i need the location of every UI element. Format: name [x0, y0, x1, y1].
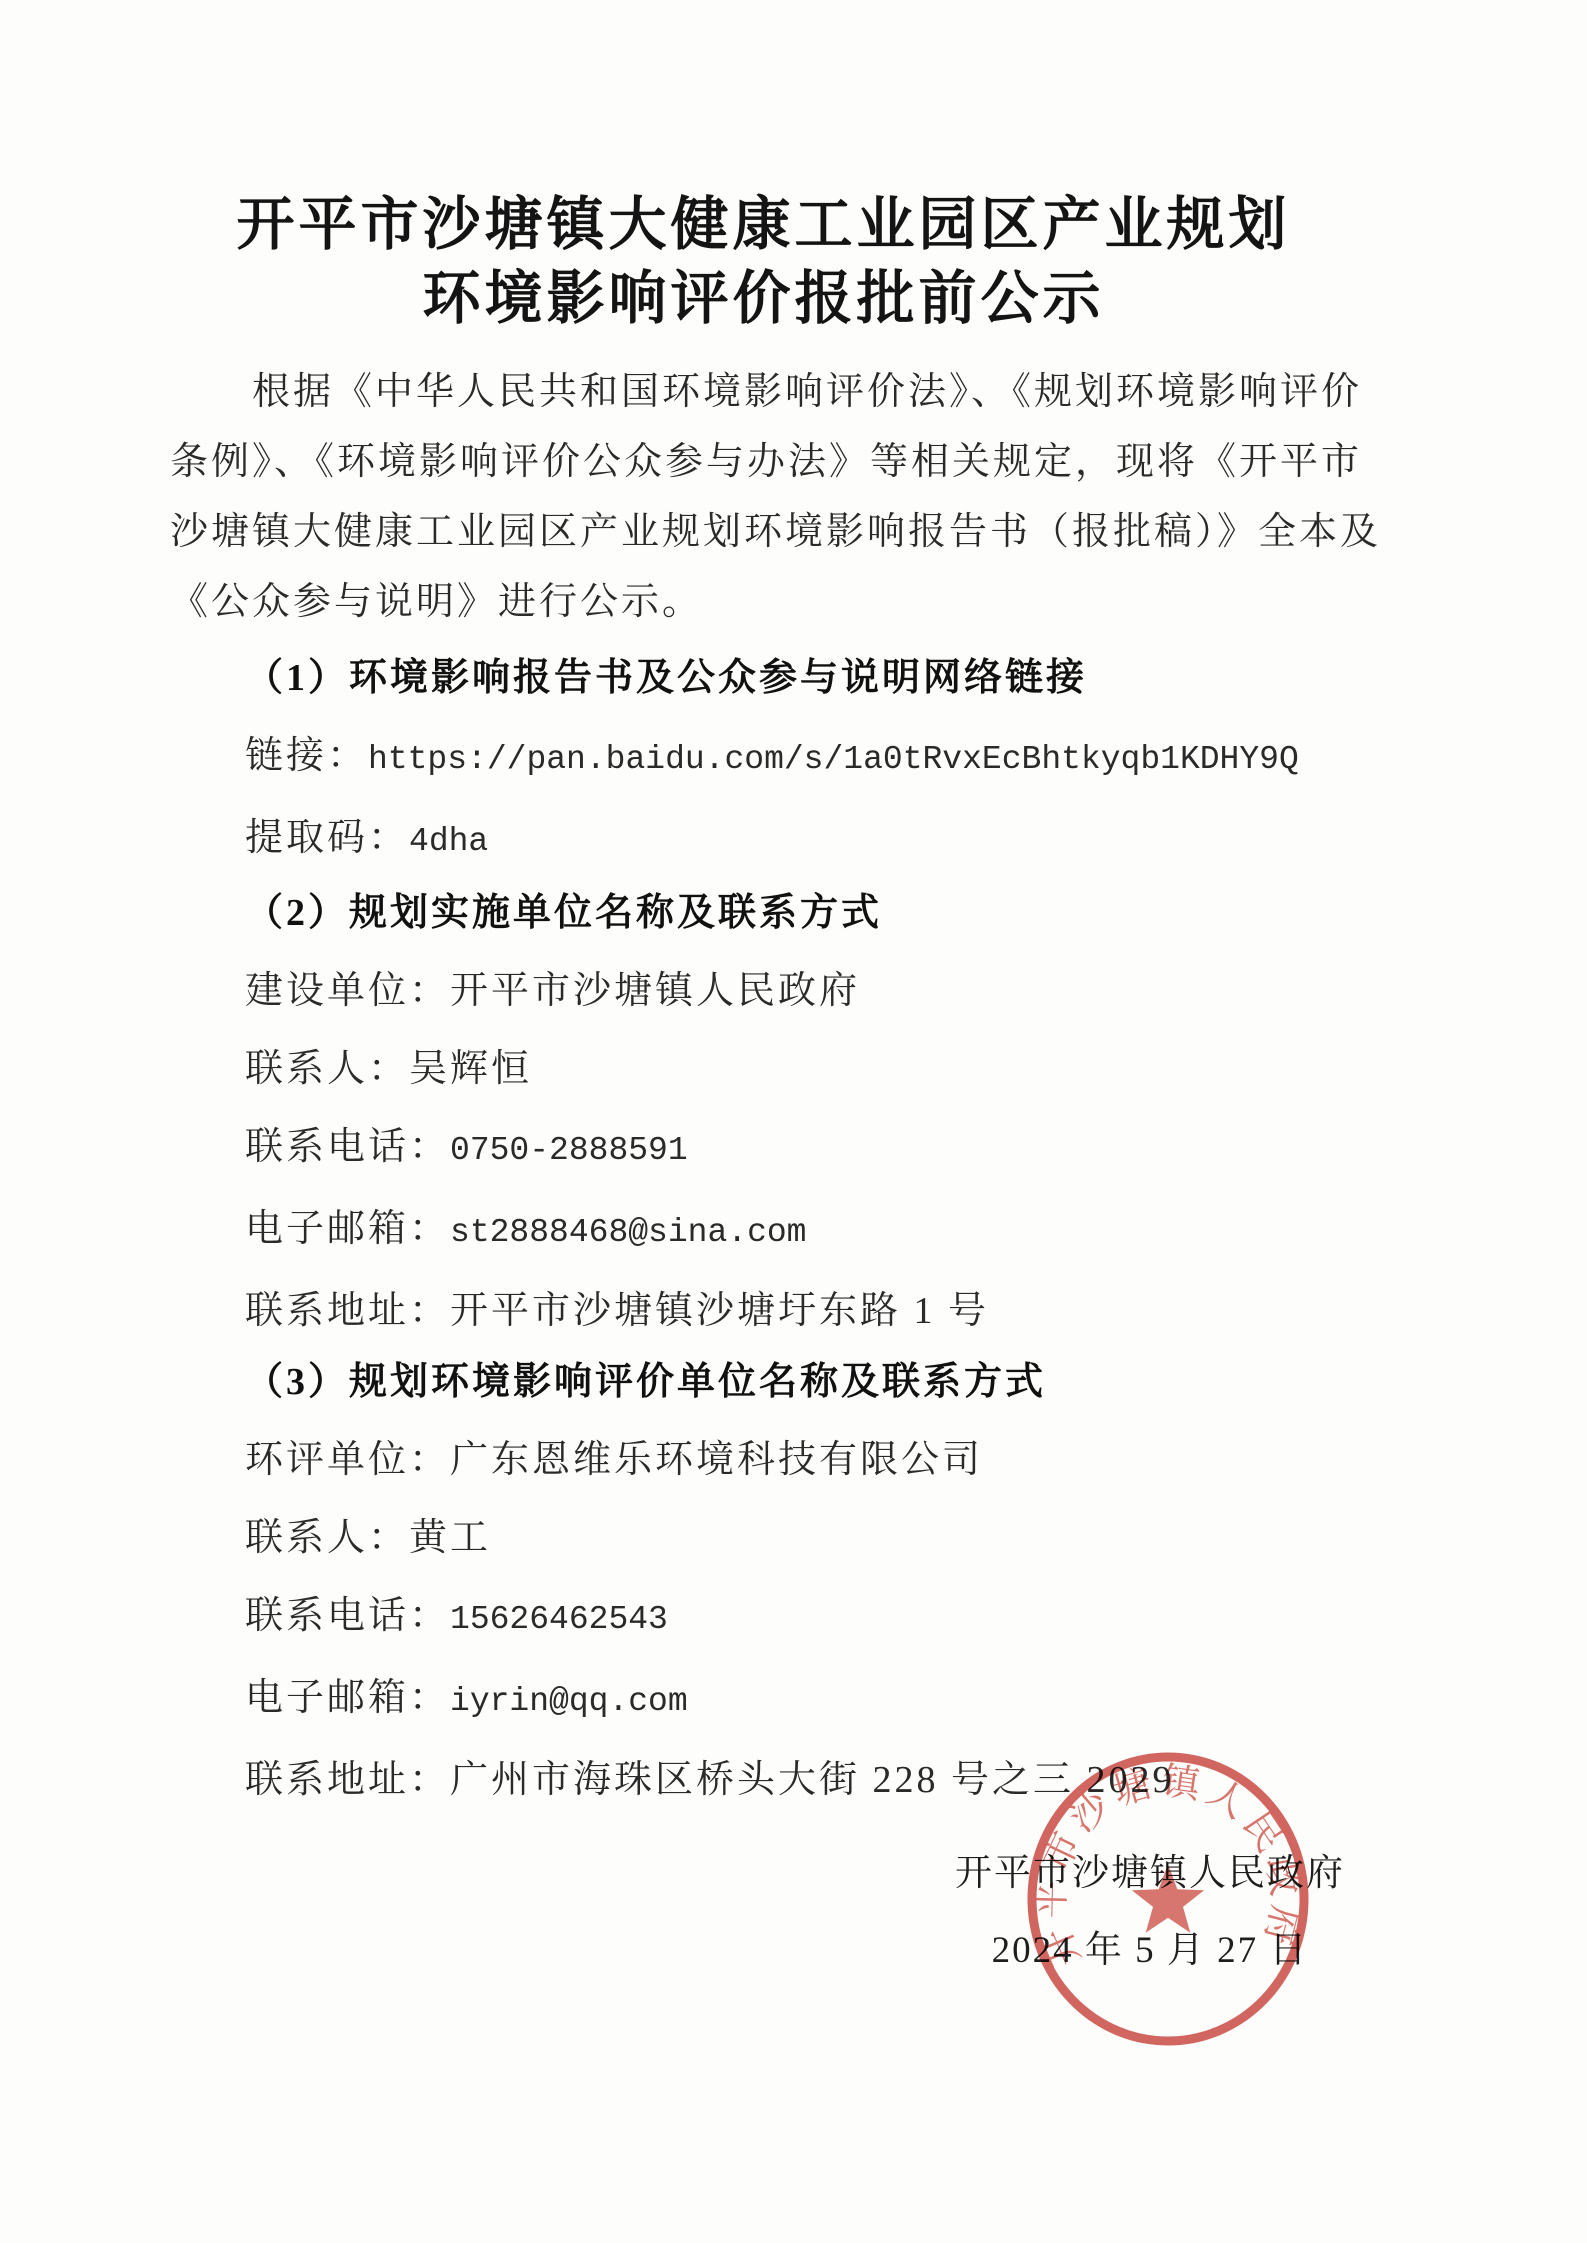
- construction-unit-label: 建设单位：: [245, 970, 450, 1012]
- planner-phone-value: 0750-2888591: [450, 1132, 688, 1169]
- planner-phone-label: 联系电话：: [245, 1126, 450, 1168]
- eia-contact-person-line: 联系人：黄工: [245, 1499, 1527, 1577]
- section-2-heading: （2）规划实施单位名称及联系方式: [245, 874, 1527, 952]
- report-link-label: 链接：: [245, 735, 368, 777]
- eia-address-label: 联系地址：: [245, 1759, 450, 1801]
- document-body: （1）环境影响报告书及公众参与说明网络链接 链接：https://pan.bai…: [245, 639, 1527, 1819]
- extraction-code-label: 提取码：: [245, 817, 409, 859]
- document-page: 开平市沙塘镇大健康工业园区产业规划 环境影响评价报批前公示 根据《中华人民共和国…: [0, 0, 1587, 2243]
- signature-block: 开平市沙塘镇人民政府 2024 年 5 月 27 日: [955, 1835, 1345, 1989]
- eia-unit-line: 环评单位：广东恩维乐环境科技有限公司: [245, 1421, 1527, 1499]
- eia-email-label: 电子邮箱：: [245, 1677, 450, 1719]
- planner-email-label: 电子邮箱：: [245, 1208, 450, 1250]
- construction-unit-value: 开平市沙塘镇人民政府: [450, 970, 860, 1012]
- document-title-line2: 环境影响评价报批前公示: [60, 262, 1467, 336]
- planner-address-line: 联系地址：开平市沙塘镇沙塘圩东路 1 号: [245, 1272, 1527, 1350]
- construction-unit-line: 建设单位：开平市沙塘镇人民政府: [245, 952, 1527, 1030]
- planner-email-value: st2888468@sina.com: [450, 1214, 806, 1251]
- planner-address-value: 开平市沙塘镇沙塘圩东路 1 号: [450, 1290, 989, 1332]
- extraction-code-value: 4dha: [409, 823, 488, 860]
- section-1-heading: （1）环境影响报告书及公众参与说明网络链接: [245, 639, 1527, 717]
- planner-address-label: 联系地址：: [245, 1290, 450, 1332]
- planner-contact-person-line: 联系人：吴辉恒: [245, 1030, 1527, 1108]
- intro-line-2: 条例》、《环境影响评价公众参与办法》等相关规定，现将《开平市: [170, 427, 1467, 497]
- eia-phone-value: 15626462543: [450, 1601, 668, 1638]
- planner-contact-person-label: 联系人：: [245, 1048, 409, 1090]
- signature-org: 开平市沙塘镇人民政府: [955, 1835, 1345, 1912]
- eia-address-line: 联系地址：广州市海珠区桥头大街 228 号之三 2029: [245, 1741, 1527, 1819]
- eia-address-value: 广州市海珠区桥头大街 228 号之三 2029: [450, 1759, 1175, 1801]
- planner-phone-line: 联系电话：0750-2888591: [245, 1108, 1527, 1190]
- intro-line-4: 《公众参与说明》进行公示。: [170, 567, 1467, 637]
- report-link-line: 链接：https://pan.baidu.com/s/1a0tRvxEcBhtk…: [245, 717, 1527, 799]
- eia-unit-value: 广东恩维乐环境科技有限公司: [450, 1439, 983, 1481]
- planner-contact-person-value: 吴辉恒: [409, 1048, 532, 1090]
- document-title-line1: 开平市沙塘镇大健康工业园区产业规划: [60, 188, 1467, 262]
- signature-date: 2024 年 5 月 27 日: [955, 1912, 1345, 1989]
- report-link-url: https://pan.baidu.com/s/1a0tRvxEcBhtkyqb…: [368, 741, 1299, 778]
- intro-line-3: 沙塘镇大健康工业园区产业规划环境影响报告书（报批稿）》全本及: [170, 497, 1467, 567]
- eia-email-value: iyrin@qq.com: [450, 1683, 688, 1720]
- eia-unit-label: 环评单位：: [245, 1439, 450, 1481]
- intro-paragraph: 根据《中华人民共和国环境影响评价法》、《规划环境影响评价 条例》、《环境影响评价…: [170, 357, 1467, 637]
- section-3-heading: （3）规划环境影响评价单位名称及联系方式: [245, 1343, 1527, 1421]
- document-title: 开平市沙塘镇大健康工业园区产业规划 环境影响评价报批前公示: [60, 188, 1467, 336]
- eia-email-line: 电子邮箱：iyrin@qq.com: [245, 1659, 1527, 1741]
- planner-email-line: 电子邮箱：st2888468@sina.com: [245, 1190, 1527, 1272]
- eia-contact-person-label: 联系人：: [245, 1517, 409, 1559]
- eia-phone-label: 联系电话：: [245, 1595, 450, 1637]
- extraction-code-line: 提取码：4dha: [245, 799, 1527, 881]
- eia-contact-person-value: 黄工: [409, 1517, 491, 1559]
- eia-phone-line: 联系电话：15626462543: [245, 1577, 1527, 1659]
- intro-line-1: 根据《中华人民共和国环境影响评价法》、《规划环境影响评价: [170, 357, 1467, 427]
